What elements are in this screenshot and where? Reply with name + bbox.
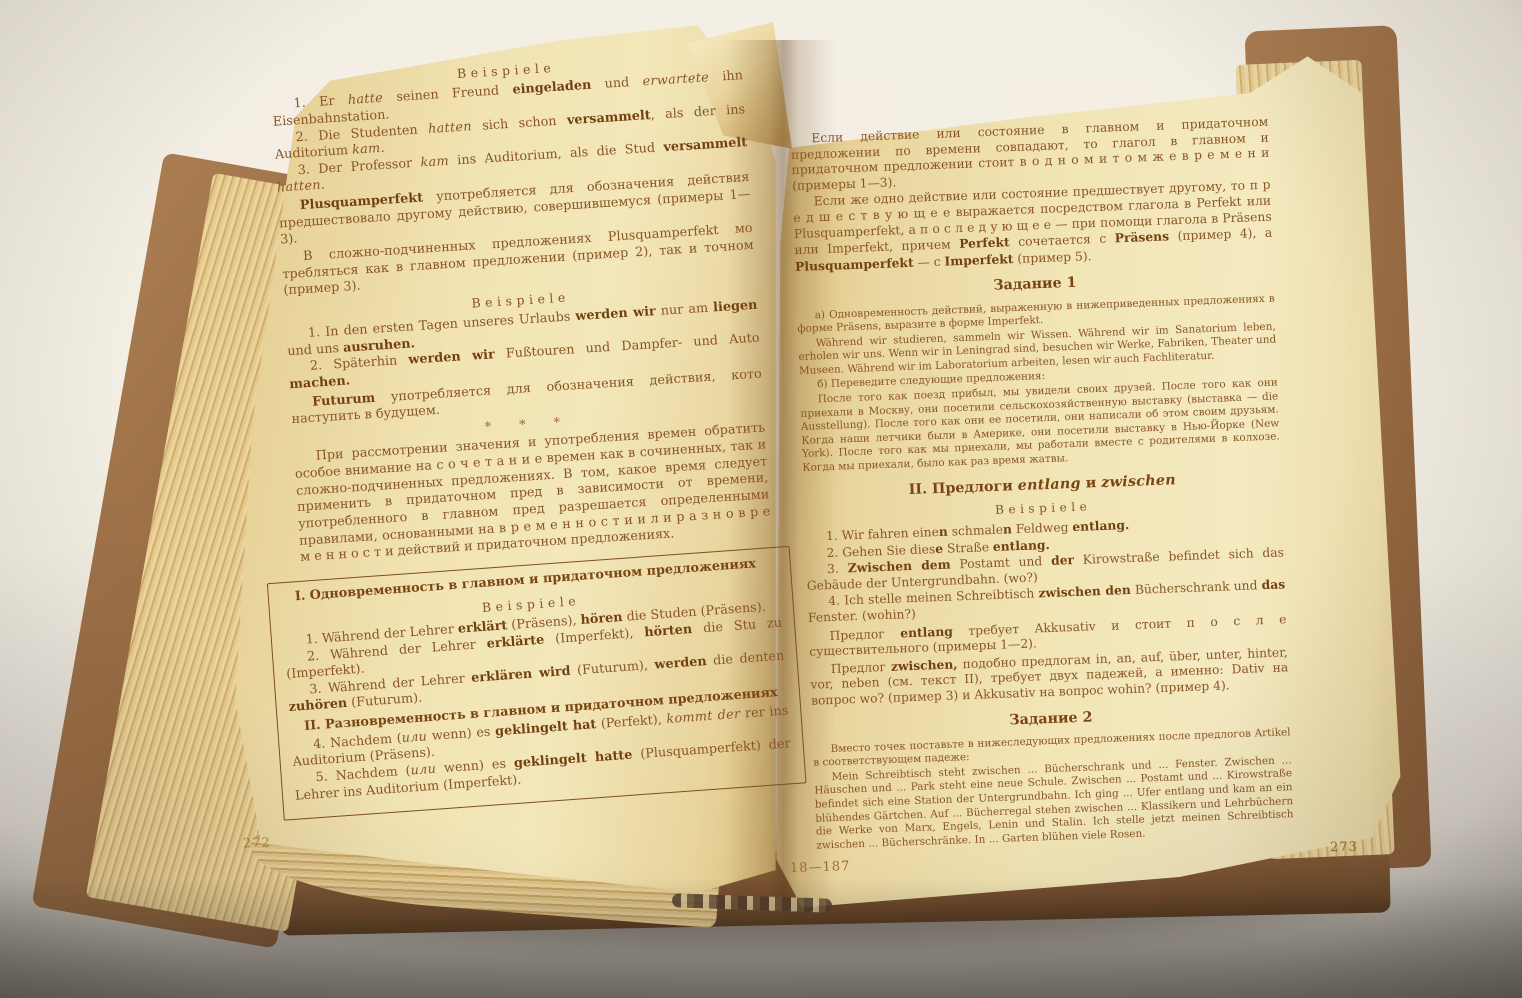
rules-box: I. Одновременность в главном и придаточн… [267,546,807,821]
scene-background: Beispiele1. Er hatte seinen Freund einge… [0,0,1522,998]
exercise-paragraph: Mein Schreibtisch steht zwischen ... Büc… [814,754,1295,853]
right-page-text: Если действие или состояние в главном и … [790,114,1294,854]
left-page-text: Beispiele1. Er hatte seinen Freund einge… [270,41,788,816]
page-number-left: 272 [243,836,271,852]
example-list: 1. Wir fahren einen schmalen Feldweg ent… [805,511,1286,626]
exercise-paragraph: После того как поезд прибыл, мы увидели … [800,377,1281,476]
printers-code: 18—187 [790,859,851,876]
page-number-right: 273 [1330,840,1358,855]
paragraph: Если же одно действие или состояние пред… [793,178,1274,276]
